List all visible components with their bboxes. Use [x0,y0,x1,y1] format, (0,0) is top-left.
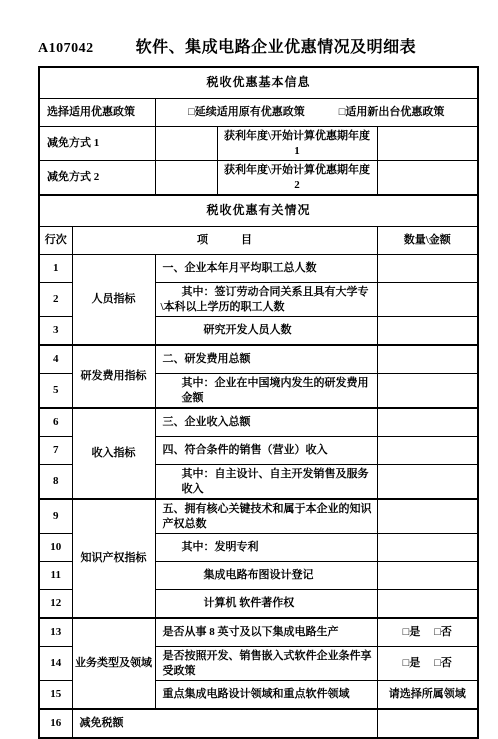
row-number: 14 [40,647,72,681]
reduction-method-2-row: 减免方式 2 获利年度\开始计算优惠期年度 2 [40,161,477,195]
row-number: 12 [40,590,72,619]
item-label: 集成电路布图设计登记 [155,562,377,590]
item-label: 其中：签订劳动合同关系且具有大学专\本科以上学历的职工人数 [155,283,377,317]
item-label: 其中：发明专利 [155,534,377,562]
item-label: 是否按照开发、销售嵌入式软件企业条件享受政策 [155,647,377,681]
basic-info-table: 税收优惠基本信息 选择适用优惠政策 □延续适用原有优惠政策 □适用新出台优惠政策… [40,68,477,195]
item-label: 一、企业本年月平均职工总人数 [155,255,377,283]
section-details-title: 税收优惠有关情况 [40,196,477,227]
row-number: 15 [40,681,72,710]
row-number: 3 [40,317,72,346]
item-label: 五、拥有核心关键技术和属于本企业的知识产权总数 [155,499,377,534]
reduction-method-2-label: 减免方式 2 [40,161,155,195]
amount-cell[interactable] [377,255,477,283]
profit-year-1-value[interactable] [377,127,477,161]
amount-cell[interactable] [377,499,477,534]
amount-cell[interactable] [377,562,477,590]
row-number: 13 [40,618,72,647]
row-number: 6 [40,408,72,437]
col-header-amount: 数量\金额 [377,227,477,255]
item-label: 四、符合条件的销售（营业）收入 [155,437,377,465]
amount-cell: □是 □否 [377,647,477,681]
category-rd-expense: 研发费用指标 [72,345,155,408]
col-header-line: 行次 [40,227,72,255]
form-page: A107042 软件、集成电路企业优惠情况及明细表 税收优惠基本信息 选择适用优… [0,0,498,739]
amount-cell[interactable] [377,374,477,409]
row-number: 10 [40,534,72,562]
amount-cell[interactable] [377,465,477,500]
row-number: 9 [40,499,72,534]
checkbox-yes[interactable]: □是 [403,625,421,640]
col-header-item: 项 目 [72,227,377,255]
item-label: 其中：企业在中国境内发生的研发费用金额 [155,374,377,409]
column-header-row: 行次 项 目 数量\金额 [40,227,477,255]
amount-cell[interactable] [377,709,477,737]
table-row-16: 16 减免税额 [40,709,477,737]
reduction-method-1-label: 减免方式 1 [40,127,155,161]
amount-cell[interactable] [377,408,477,437]
reduction-method-1-value[interactable] [155,127,217,161]
category-ip: 知识产权指标 [72,499,155,618]
item-label: 计算机 软件著作权 [155,590,377,619]
form-title: 软件、集成电路企业优惠情况及明细表 [136,34,417,57]
details-table: 税收优惠有关情况 行次 项 目 数量\金额 1 人员指标 一、企业本年月平均职工… [40,195,477,737]
checkbox-no[interactable]: □否 [434,656,452,671]
section-basic-title: 税收优惠基本信息 [40,68,477,99]
row-number: 16 [40,709,72,737]
item-label: 研究开发人员人数 [155,317,377,346]
table-row-9: 9 知识产权指标 五、拥有核心关键技术和属于本企业的知识产权总数 [40,499,477,534]
policy-select-label: 选择适用优惠政策 [40,99,155,127]
category-personnel: 人员指标 [72,255,155,346]
reduction-method-1-row: 减免方式 1 获利年度\开始计算优惠期年度 1 [40,127,477,161]
form-table: 税收优惠基本信息 选择适用优惠政策 □延续适用原有优惠政策 □适用新出台优惠政策… [38,66,479,739]
section-details-row: 税收优惠有关情况 [40,196,477,227]
table-row-4: 4 研发费用指标 二、研发费用总额 [40,345,477,374]
amount-cell[interactable] [377,534,477,562]
profit-year-2-label: 获利年度\开始计算优惠期年度 2 [217,161,377,195]
category-income: 收入指标 [72,408,155,499]
item-label: 是否从事 8 英寸及以下集成电路生产 [155,618,377,647]
profit-year-2-value[interactable] [377,161,477,195]
profit-year-1-label: 获利年度\开始计算优惠期年度 1 [217,127,377,161]
table-row-6: 6 收入指标 三、企业收入总额 [40,408,477,437]
item-label: 三、企业收入总额 [155,408,377,437]
table-row-1: 1 人员指标 一、企业本年月平均职工总人数 [40,255,477,283]
row-number: 7 [40,437,72,465]
reduction-method-2-value[interactable] [155,161,217,195]
row-number: 8 [40,465,72,500]
checkbox-no[interactable]: □否 [434,625,452,640]
checkbox-yes[interactable]: □是 [403,656,421,671]
form-code: A107042 [38,41,94,57]
amount-cell: □是 □否 [377,618,477,647]
row-number: 4 [40,345,72,374]
section-basic-row: 税收优惠基本信息 [40,68,477,99]
row-number: 5 [40,374,72,409]
checkbox-continue-old-policy[interactable]: □延续适用原有优惠政策 [188,105,305,120]
row-number: 1 [40,255,72,283]
amount-cell[interactable] [377,437,477,465]
item-label: 其中：自主设计、自主开发销售及服务收入 [155,465,377,500]
row-number: 11 [40,562,72,590]
amount-cell[interactable] [377,590,477,619]
amount-cell[interactable] [377,283,477,317]
policy-options: □延续适用原有优惠政策 □适用新出台优惠政策 [160,105,474,120]
amount-cell[interactable] [377,317,477,346]
policy-options-cell: □延续适用原有优惠政策 □适用新出台优惠政策 [155,99,477,127]
yes-no-options: □是 □否 [382,625,474,640]
category-business-type: 业务类型及领域 [72,618,155,709]
table-row-13: 13 业务类型及领域 是否从事 8 英寸及以下集成电路生产 □是 □否 [40,618,477,647]
row-number: 2 [40,283,72,317]
policy-select-row: 选择适用优惠政策 □延续适用原有优惠政策 □适用新出台优惠政策 [40,99,477,127]
item-label: 二、研发费用总额 [155,345,377,374]
form-header: A107042 软件、集成电路企业优惠情况及明细表 [38,34,475,57]
yes-no-options: □是 □否 [382,656,474,671]
checkbox-apply-new-policy[interactable]: □适用新出台优惠政策 [339,105,445,120]
item-label: 重点集成电路设计领域和重点软件领域 [155,681,377,710]
select-domain-prompt[interactable]: 请选择所属领域 [377,681,477,710]
item-label: 减免税额 [72,709,377,737]
amount-cell[interactable] [377,345,477,374]
